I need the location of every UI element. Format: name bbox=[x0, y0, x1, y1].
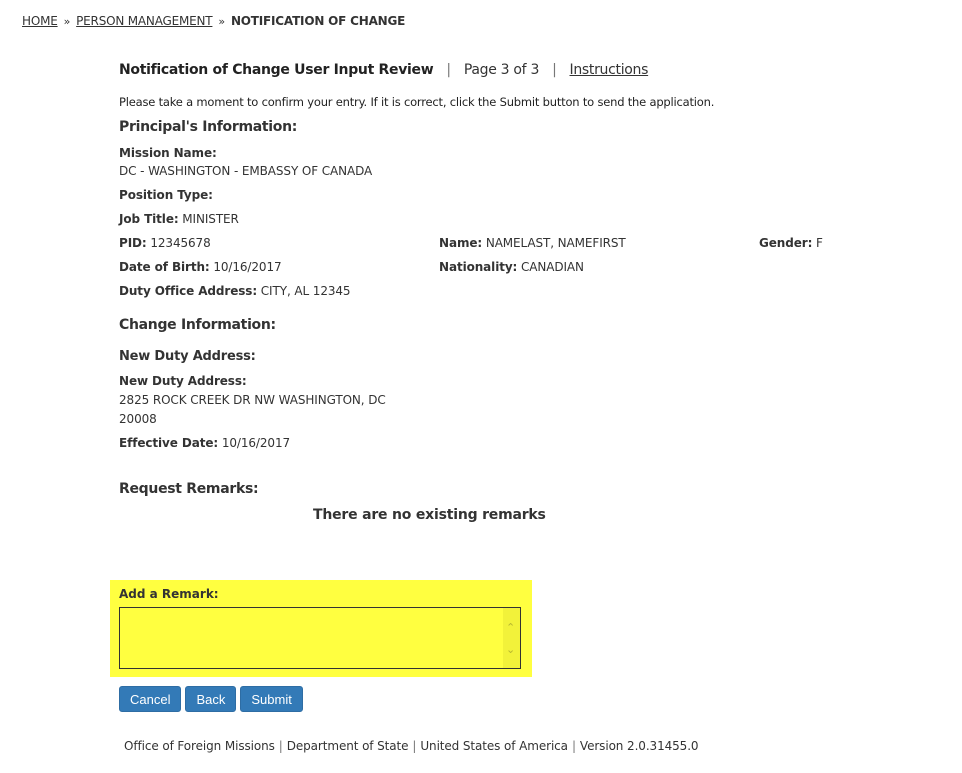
breadcrumb-current: NOTIFICATION OF CHANGE bbox=[231, 14, 405, 28]
remarks-section-title: Request Remarks: bbox=[119, 481, 258, 497]
principal-section-title: Principal's Information: bbox=[119, 119, 297, 135]
effective-date-field: Effective Date: 10/16/2017 bbox=[119, 436, 290, 450]
job-title-value: MINISTER bbox=[182, 212, 238, 226]
pid-field: PID: 12345678 bbox=[119, 236, 211, 250]
duty-office-field: Duty Office Address: CITY, AL 12345 bbox=[119, 284, 350, 298]
change-section-title: Change Information: bbox=[119, 317, 276, 333]
action-buttons: Cancel Back Submit bbox=[119, 686, 303, 712]
new-duty-label: New Duty Address: bbox=[119, 374, 247, 388]
breadcrumb-separator: » bbox=[64, 15, 71, 28]
dob-field: Date of Birth: 10/16/2017 bbox=[119, 260, 282, 274]
duty-office-value: CITY, AL 12345 bbox=[261, 284, 351, 298]
page-indicator: Page 3 of 3 bbox=[464, 62, 539, 78]
dob-value: 10/16/2017 bbox=[213, 260, 281, 274]
nationality-field: Nationality: CANADIAN bbox=[439, 260, 584, 274]
no-remarks-message: There are no existing remarks bbox=[313, 507, 546, 523]
new-duty-line2: 20008 bbox=[119, 412, 157, 426]
gender-field: Gender: F bbox=[759, 236, 823, 250]
name-field: Name: NAMELAST, NAMEFIRST bbox=[439, 236, 626, 250]
scroll-down-icon[interactable]: ⌄ bbox=[506, 644, 515, 655]
position-type-field: Position Type: bbox=[119, 188, 213, 202]
footer: Office of Foreign Missions|Department of… bbox=[124, 739, 698, 753]
breadcrumb-separator: » bbox=[218, 15, 225, 28]
mission-name-label: Mission Name: bbox=[119, 146, 217, 160]
name-value: NAMELAST, NAMEFIRST bbox=[486, 236, 626, 250]
page-title: Notification of Change User Input Review bbox=[119, 62, 433, 78]
footer-department: Department of State bbox=[287, 739, 409, 753]
footer-version: Version 2.0.31455.0 bbox=[580, 739, 699, 753]
scroll-up-icon[interactable]: ⌃ bbox=[506, 622, 515, 633]
instructions-link[interactable]: Instructions bbox=[570, 62, 649, 78]
back-button[interactable]: Back bbox=[185, 686, 236, 712]
footer-country: United States of America bbox=[420, 739, 568, 753]
remark-textarea[interactable] bbox=[119, 607, 521, 669]
page-header: Notification of Change User Input Review… bbox=[119, 62, 648, 78]
effective-date-value: 10/16/2017 bbox=[222, 436, 290, 450]
header-separator: | bbox=[446, 62, 450, 78]
new-duty-line1: 2825 ROCK CREEK DR NW WASHINGTON, DC bbox=[119, 393, 386, 407]
pid-value: 12345678 bbox=[150, 236, 210, 250]
breadcrumb-home[interactable]: HOME bbox=[22, 14, 58, 28]
breadcrumb-person-management[interactable]: PERSON MANAGEMENT bbox=[76, 14, 212, 28]
job-title-field: Job Title: MINISTER bbox=[119, 212, 239, 226]
add-remark-label: Add a Remark: bbox=[119, 587, 219, 601]
new-duty-subheading: New Duty Address: bbox=[119, 349, 256, 364]
textarea-scrollbar[interactable]: ⌃ ⌄ bbox=[503, 608, 520, 668]
mission-name-value: DC - WASHINGTON - EMBASSY OF CANADA bbox=[119, 164, 372, 178]
nationality-value: CANADIAN bbox=[521, 260, 584, 274]
submit-button[interactable]: Submit bbox=[240, 686, 302, 712]
gender-value: F bbox=[816, 236, 823, 250]
header-separator: | bbox=[552, 62, 556, 78]
breadcrumb: HOME»PERSON MANAGEMENT»NOTIFICATION OF C… bbox=[22, 14, 405, 28]
cancel-button[interactable]: Cancel bbox=[119, 686, 181, 712]
add-remark-panel: Add a Remark: ⌃ ⌄ bbox=[110, 580, 532, 677]
intro-text: Please take a moment to confirm your ent… bbox=[119, 95, 714, 109]
footer-office: Office of Foreign Missions bbox=[124, 739, 275, 753]
